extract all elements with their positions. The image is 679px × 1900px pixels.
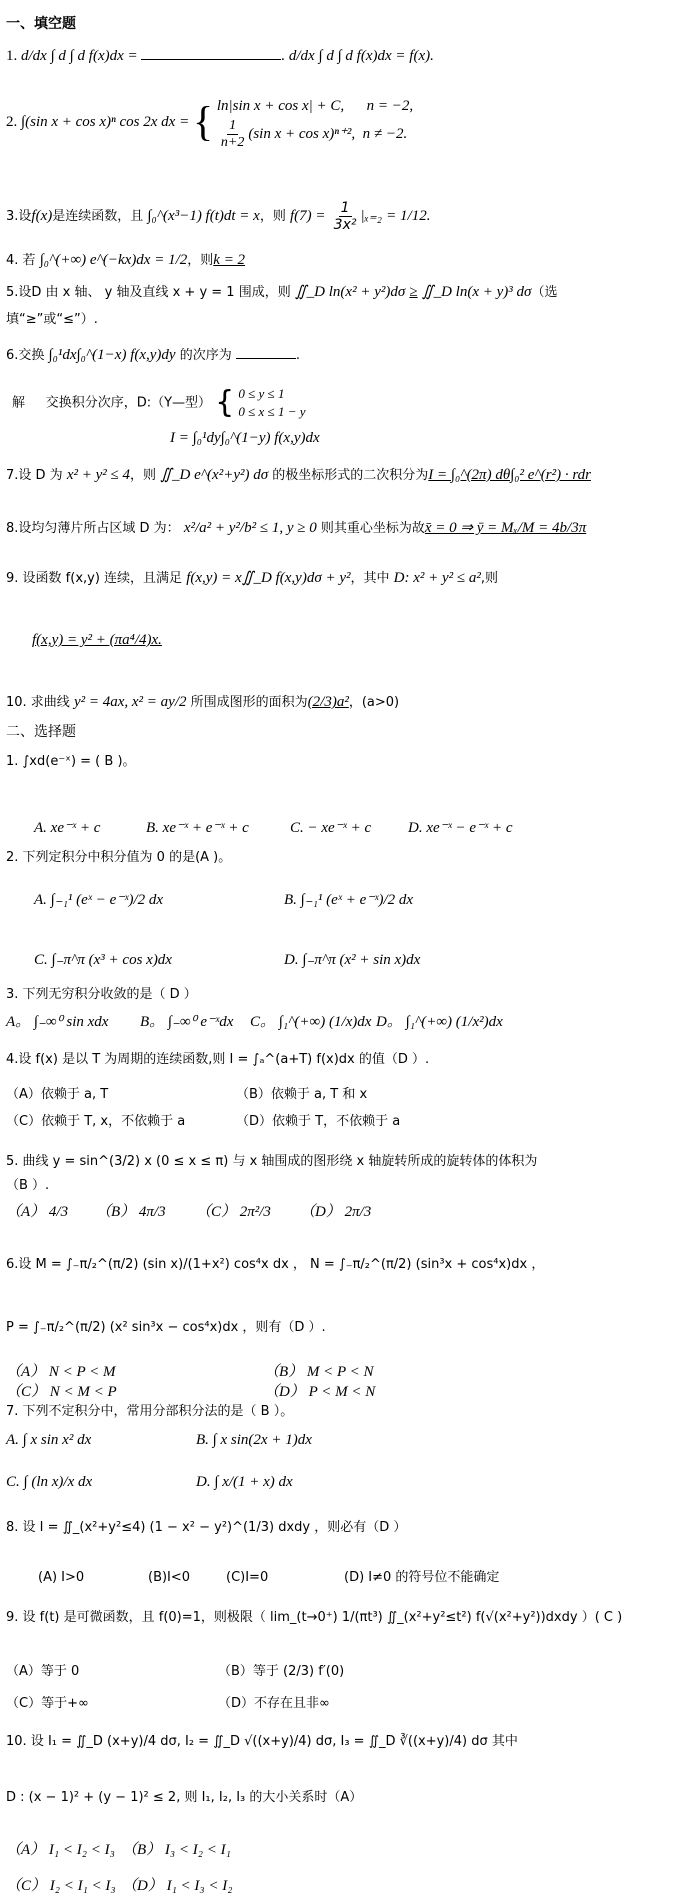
mc-question-9: 9. 设 f(t) 是可微函数，且 f(0)=1，则极限（ lim_(t→0⁺)… — [6, 1608, 622, 1628]
question-5-cont: 填“≥”或“≤”）. — [6, 310, 98, 330]
case-2-cond: n ≠ −2. — [363, 126, 408, 142]
mc-q8-option-c[interactable]: (C)I=0 — [226, 1568, 268, 1588]
mc-q2-option-c[interactable]: C. ∫₋π^π (x³ + cos x)dx — [34, 950, 172, 970]
mc-question-1: 1. ∫xd(e⁻ˣ) = ( B )。 — [6, 752, 136, 772]
mc-q2-option-b[interactable]: B. ∫₋₁¹ (eˣ + e⁻ˣ)/2 dx — [284, 890, 413, 910]
mc-q4-option-c[interactable]: （C）依赖于 T, x，不依赖于 a — [6, 1112, 185, 1132]
q-expression: d/dx ∫ d ∫ d f(x)dx = — [21, 48, 138, 64]
mc-q10-option-d[interactable]: （D） I₁ < I₃ < I₂ — [122, 1876, 232, 1896]
question-5: 5.设D 由 x 轴、 y 轴及直线 x + y = 1 围成，则 ∬_D ln… — [6, 282, 557, 303]
fraction: 13x² — [332, 200, 359, 233]
q-answer: ≥ — [409, 284, 417, 300]
question-4: 4. 若 ∫₀^(+∞) e^(−kx)dx = 1/2，则k = 2 — [6, 250, 245, 271]
mc-question-4: 4.设 f(x) 是以 T 为周期的连续函数,则 I = ∫ₐ^(a+T) f(… — [6, 1050, 429, 1070]
piecewise-cases: ln|sin x + cos x| + C, n = −2, 1n+2(sin … — [217, 94, 413, 151]
mc-q1-option-c[interactable]: C. − xe⁻ˣ + c — [290, 818, 371, 838]
mc-question-10-cont: D : (x − 1)² + (y − 1)² ≤ 2, 则 I₁, I₂, I… — [6, 1788, 362, 1808]
q-answer: d/dx ∫ d ∫ d f(x)dx = f(x). — [289, 48, 434, 64]
mc-q5-option-a[interactable]: （A） 4/3 — [6, 1202, 68, 1222]
question-10: 10. 求曲线 y² = 4ax, x² = ay/2 所围成图形的面积为(2/… — [6, 692, 399, 713]
question-6: 6.交换 ∫₀¹dx∫₀^(1−x) f(x,y)dy 的次序为 . — [6, 345, 300, 366]
mc-question-5: 5. 曲线 y = sin^(3/2) x (0 ≤ x ≤ π) 与 x 轴围… — [6, 1152, 537, 1172]
mc-q9-option-c[interactable]: （C）等于+∞ — [6, 1694, 89, 1714]
mc-q7-option-a[interactable]: A. ∫ x sin x² dx — [6, 1430, 91, 1450]
mc-q6-option-a[interactable]: （A） N < P < M — [6, 1362, 116, 1382]
mc-q5-option-b[interactable]: （B） 4π/3 — [96, 1202, 166, 1222]
mc-q3-option-d[interactable]: D。 ∫₁^(+∞) (1/x²)dx — [376, 1012, 503, 1032]
question-3: 3.设f(x)是连续函数，且 ∫₀^(x³−1) f(t)dt = x，则 f(… — [6, 200, 430, 233]
q-answer: (2/3)a² — [308, 694, 349, 710]
mc-question-2: 2. 下列定积分中积分值为 0 的是(A )。 — [6, 848, 231, 868]
case-1: ln|sin x + cos x| + C, — [217, 98, 344, 114]
mc-q8-option-d[interactable]: (D) I≠0 的符号位不能确定 — [344, 1568, 499, 1588]
mc-q4-option-b[interactable]: （B）依赖于 a, T 和 x — [236, 1085, 367, 1105]
mc-q1-option-b[interactable]: B. xe⁻ˣ + e⁻ˣ + c — [146, 818, 249, 838]
question-8: 8.设均匀薄片所占区域 D 为： x²/a² + y²/b² ≤ 1, y ≥ … — [6, 518, 586, 539]
fraction: 1n+2 — [219, 118, 246, 151]
mc-q3-option-b[interactable]: B。 ∫₋∞⁰ e⁻ˣdx — [140, 1012, 233, 1032]
question-1: 1. d/dx ∫ d ∫ d f(x)dx = . d/dx ∫ d ∫ d … — [6, 46, 434, 66]
mc-q8-option-a[interactable]: (A) I>0 — [38, 1568, 84, 1588]
mc-q6-option-c[interactable]: （C） N < M < P — [6, 1382, 117, 1402]
q-number: 1. — [6, 48, 17, 64]
question-6-solution: 解 交换积分次序，D:（Y—型） { 0 ≤ y ≤ 1 0 ≤ x ≤ 1 −… — [12, 382, 306, 424]
mc-q6-option-b[interactable]: （B） M < P < N — [264, 1362, 374, 1382]
q-expression: ∫(sin x + cos x)ⁿ cos 2x dx = — [21, 114, 189, 130]
mc-q10-option-b[interactable]: （B） I₃ < I₂ < I₁ — [122, 1840, 231, 1860]
mc-q7-option-d[interactable]: D. ∫ x/(1 + x) dx — [196, 1472, 293, 1492]
section-title-multiple-choice: 二、选择题 — [6, 722, 76, 742]
mc-question-5-cont: （B ）. — [6, 1176, 49, 1196]
mc-question-6-cont: P = ∫₋π/₂^(π/2) (x² sin³x − cos⁴x)dx ，则有… — [6, 1318, 326, 1338]
mc-q9-option-b[interactable]: （B）等于 (2/3) f′(0) — [218, 1662, 344, 1682]
mc-q5-option-c[interactable]: （C） 2π²/3 — [196, 1202, 271, 1222]
mc-q8-option-b[interactable]: (B)I<0 — [148, 1568, 190, 1588]
q-answer: k = 2 — [213, 252, 245, 268]
mc-q6-option-d[interactable]: （D） P < M < N — [264, 1382, 375, 1402]
q-answer: I = ∫₀^(2π) dθ∫₀² e^(r²) · rdr — [428, 467, 591, 483]
q-answer: x̄ = 0 ⇒ ȳ = Mₓ/M = 4b/3π — [425, 520, 586, 536]
mc-question-10: 10. 设 I₁ = ∬_D (x+y)/4 dσ, I₂ = ∬_D √((x… — [6, 1732, 518, 1752]
mc-q2-option-a[interactable]: A. ∫₋₁¹ (eˣ − e⁻ˣ)/2 dx — [34, 890, 163, 910]
answer-blank[interactable] — [236, 358, 296, 359]
mc-question-3: 3. 下列无穷积分收敛的是（ D ） — [6, 985, 197, 1005]
case-1-cond: n = −2, — [367, 98, 414, 114]
mc-question-6: 6.设 M = ∫₋π/₂^(π/2) (sin x)/(1+x²) cos⁴x… — [6, 1255, 544, 1275]
mc-q3-option-c[interactable]: C。 ∫₁^(+∞) (1/x)dx — [250, 1012, 371, 1032]
mc-q1-option-a[interactable]: A. xe⁻ˣ + c — [34, 818, 100, 838]
mc-q10-option-a[interactable]: （A） I₁ < I₂ < I₃ — [6, 1840, 115, 1860]
mc-q7-option-b[interactable]: B. ∫ x sin(2x + 1)dx — [196, 1430, 312, 1450]
question-6-result: I = ∫₀¹dy∫₀^(1−y) f(x,y)dx — [170, 428, 320, 448]
mc-q9-option-a[interactable]: （A）等于 0 — [6, 1662, 79, 1682]
mc-q9-option-d[interactable]: （D）不存在且非∞ — [218, 1694, 330, 1714]
mc-q2-option-d[interactable]: D. ∫₋π^π (x² + sin x)dx — [284, 950, 420, 970]
q-integral: ∫₀^(x³−1) f(t)dt = x — [147, 208, 259, 224]
mc-question-7: 7. 下列不定积分中，常用分部积分法的是（ B ）。 — [6, 1402, 293, 1422]
question-9: 9. 设函数 f(x,y) 连续，且满足 f(x,y) = x∬_D f(x,y… — [6, 568, 498, 589]
mc-q4-option-d[interactable]: （D）依赖于 T，不依赖于 a — [236, 1112, 400, 1132]
question-7: 7.设 D 为 x² + y² ≤ 4，则 ∬_D e^(x²+y²) dσ 的… — [6, 465, 591, 486]
section-title-fill-in: 一、填空题 — [6, 14, 76, 34]
q-integral: ∫₀¹dx∫₀^(1−x) f(x,y)dy — [49, 347, 176, 363]
mc-question-8: 8. 设 I = ∬_(x²+y²≤4) (1 − x² − y²)^(1/3)… — [6, 1518, 406, 1538]
mc-q10-option-c[interactable]: （C） I₂ < I₁ < I₃ — [6, 1876, 116, 1896]
left-brace: { — [193, 100, 213, 146]
q-answer: = 1/12. — [386, 208, 430, 224]
mc-q1-option-d[interactable]: D. xe⁻ˣ − e⁻ˣ + c — [408, 818, 513, 838]
question-9-answer: f(x,y) = y² + (πa⁴/4)x. — [32, 630, 162, 650]
answer-blank[interactable] — [141, 59, 281, 60]
case-2: (sin x + cos x)ⁿ⁺², — [248, 126, 355, 142]
mc-q3-option-a[interactable]: A。 ∫₋∞⁰ sin xdx — [6, 1012, 108, 1032]
mc-q4-option-a[interactable]: （A）依赖于 a, T — [6, 1085, 108, 1105]
mc-q7-option-c[interactable]: C. ∫ (ln x)/x dx — [6, 1472, 92, 1492]
q-number: 2. — [6, 114, 17, 130]
mc-q5-option-d[interactable]: （D） 2π/3 — [300, 1202, 371, 1222]
question-2: 2. ∫(sin x + cos x)ⁿ cos 2x dx = { ln|si… — [6, 94, 413, 151]
q-integral: ∫₀^(+∞) e^(−kx)dx = 1/2 — [40, 252, 188, 268]
